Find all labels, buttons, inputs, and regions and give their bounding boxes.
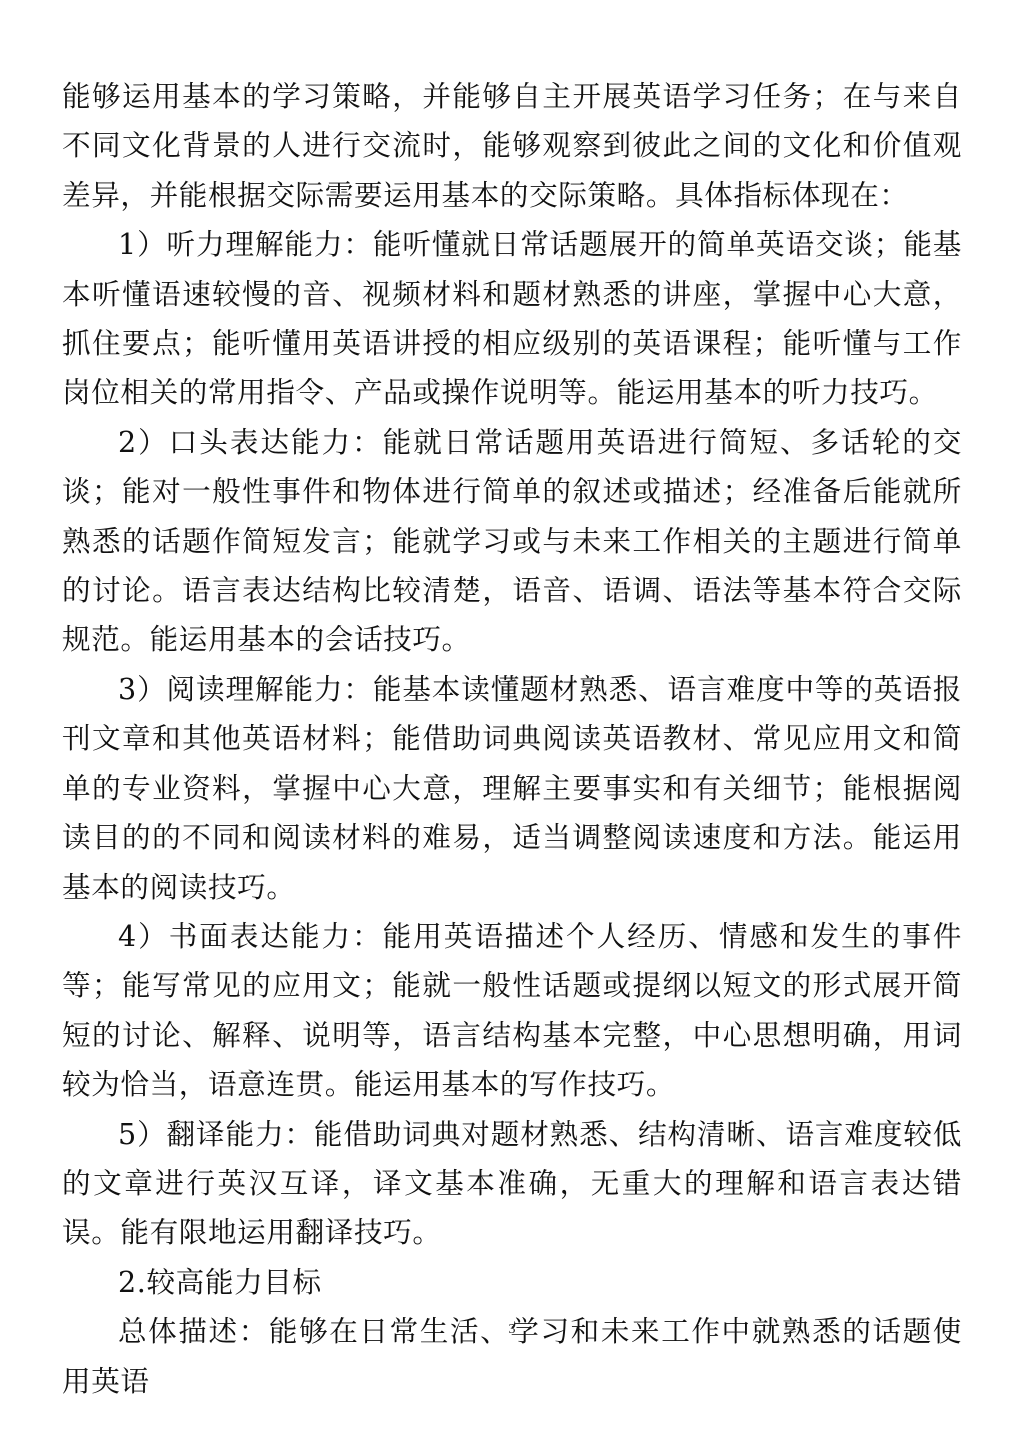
paragraph-listening-ability: 1）听力理解能力：能听懂就日常话题展开的简单英语交谈；能基本听懂语速较慢的音、视… <box>62 220 962 418</box>
paragraph-translation-ability: 5）翻译能力：能借助词典对题材熟悉、结构清晰、语言难度较低的文章进行英汉互译，译… <box>62 1110 962 1258</box>
paragraph-writing-ability: 4）书面表达能力：能用英语描述个人经历、情感和发生的事件等；能写常见的应用文；能… <box>62 912 962 1110</box>
paragraph-intro-continuation: 能够运用基本的学习策略，并能够自主开展英语学习任务；在与来自不同文化背景的人进行… <box>62 72 962 220</box>
page-number: 3 <box>0 1322 1024 1338</box>
paragraph-reading-ability: 3）阅读理解能力：能基本读懂题材熟悉、语言难度中等的英语报刊文章和其他英语材料；… <box>62 665 962 912</box>
paragraph-speaking-ability: 2）口头表达能力：能就日常话题用英语进行简短、多话轮的交谈；能对一般性事件和物体… <box>62 418 962 665</box>
section-heading: 2.较高能力目标 <box>62 1258 962 1307</box>
document-page: 能够运用基本的学习策略，并能够自主开展英语学习任务；在与来自不同文化背景的人进行… <box>62 72 962 1406</box>
